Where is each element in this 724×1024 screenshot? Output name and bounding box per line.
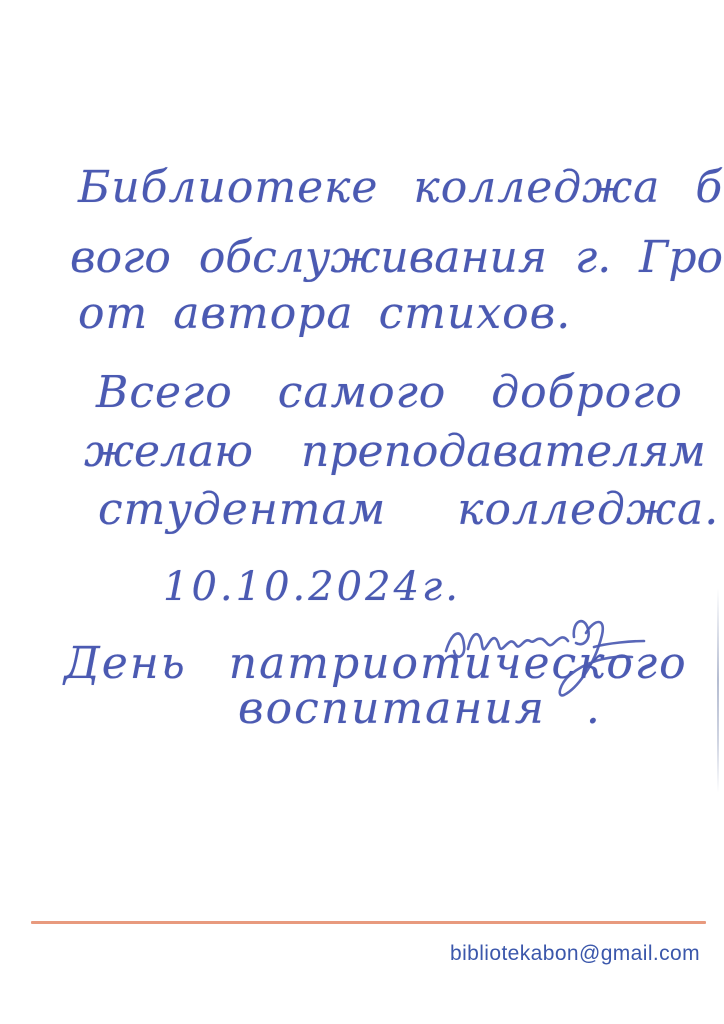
dedication-line-3: от автора стихов.: [78, 292, 571, 336]
scanned-page: Библиотеке колледжа быто- вого обслужива…: [0, 0, 724, 1024]
wish-line-1: Всего самого доброго: [96, 371, 683, 415]
occasion-line-1: День патриотического: [64, 642, 688, 686]
wish-line-2: желаю преподавателям и: [84, 430, 724, 474]
wish-line-3: студентам колледжа.: [98, 488, 719, 532]
scan-edge-artifact: [717, 588, 719, 793]
dedication-line-1: Библиотеке колледжа быто-: [78, 166, 724, 210]
occasion-line-2: воспитания .: [238, 687, 602, 731]
date-line: 10.10.2024г.: [163, 567, 461, 607]
footer-email: bibliotekabon@gmail.com: [450, 942, 700, 966]
dedication-line-2: вого обслуживания г. Гродно: [70, 236, 724, 280]
footer-divider-line: [31, 921, 706, 924]
